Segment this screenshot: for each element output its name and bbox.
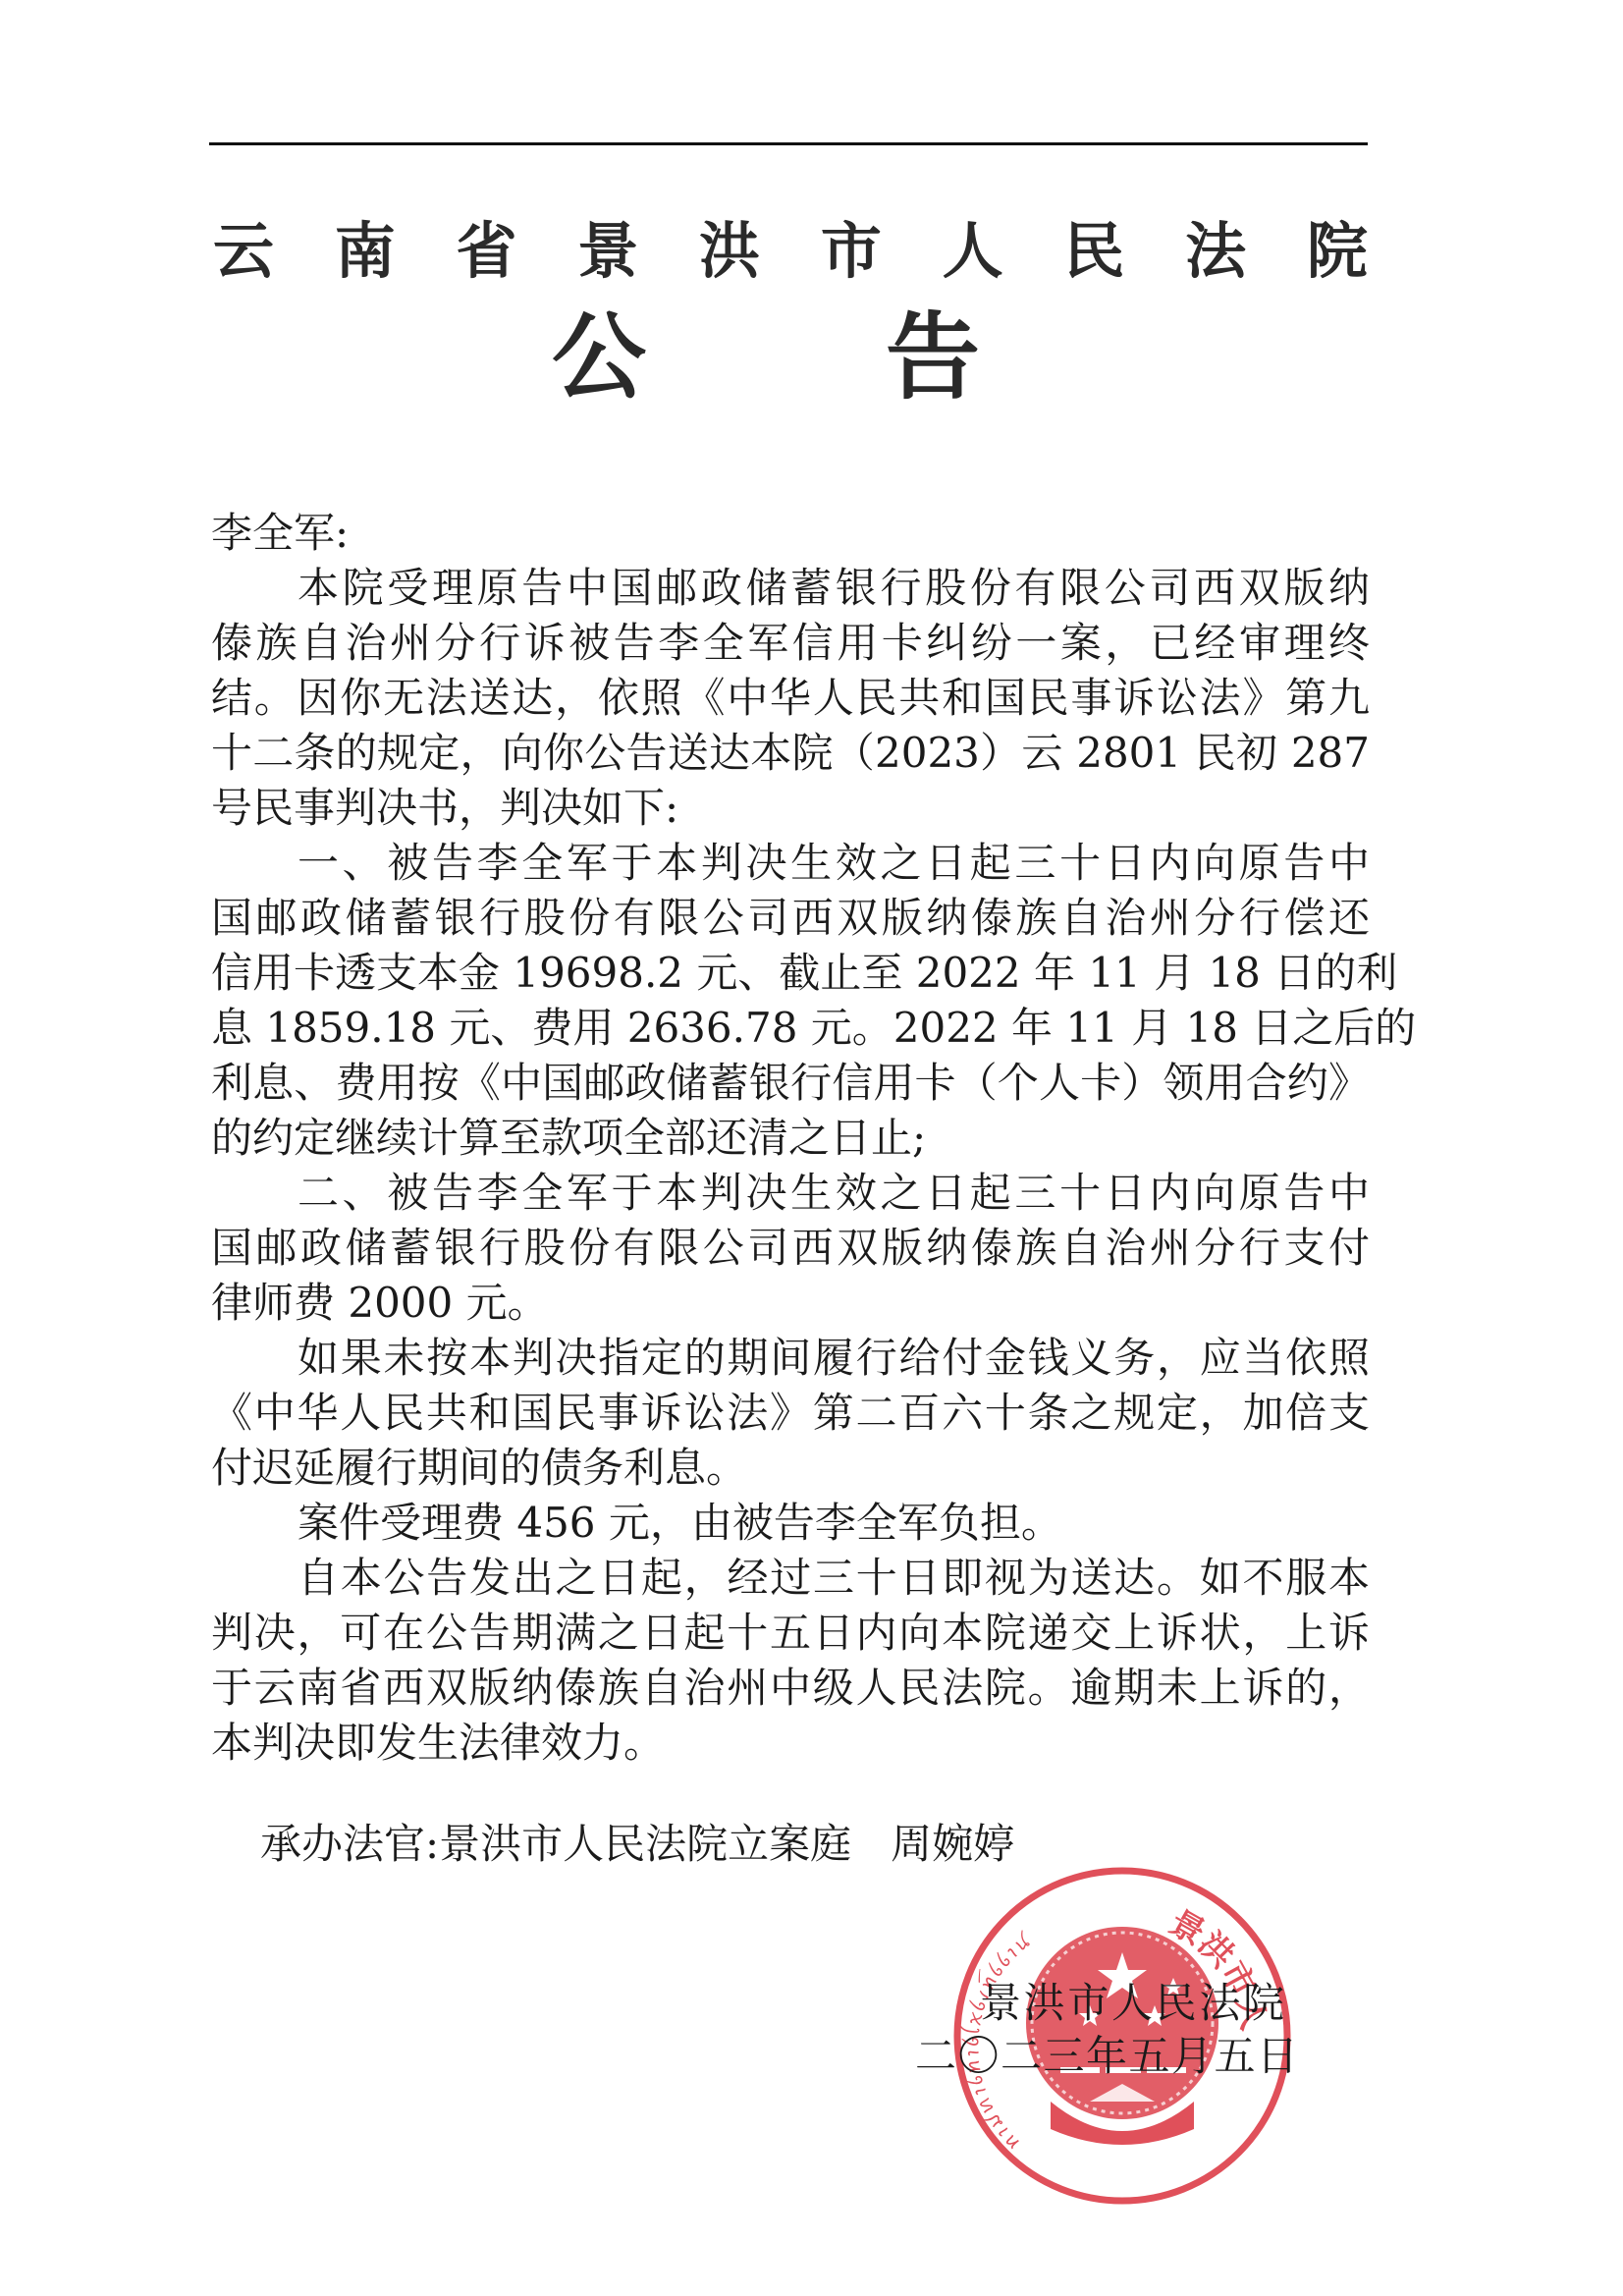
body-line: 国邮政储蓄银行股份有限公司西双版纳傣族自治州分行偿还 [211, 891, 1370, 946]
court-title-char: 民 [1061, 221, 1126, 282]
body-line: 李全军: [211, 506, 1370, 561]
body-line: 本院受理原告中国邮政储蓄银行股份有限公司西双版纳 [211, 561, 1370, 616]
body-line: 自本公告发出之日起，经过三十日即视为送达。如不服本 [211, 1551, 1370, 1606]
body-line: 付迟延履行期间的债务利息。 [211, 1441, 1370, 1496]
body-line: 结。因你无法送达，依照《中华人民共和国民事诉讼法》第九 [211, 671, 1370, 726]
body-line: 十二条的规定，向你公告送达本院（2023）云 2801 民初 287 [211, 726, 1370, 781]
body-line: 《中华人民共和国民事诉讼法》第二百六十条之规定，加倍支 [211, 1386, 1370, 1441]
body-line: 律师费 2000 元。 [211, 1276, 1370, 1331]
notice-title-char: 公 [550, 310, 648, 405]
court-title-char: 洪 [697, 221, 762, 282]
body-line: 的约定继续计算至款项全部还清之日止; [211, 1111, 1370, 1166]
body-line: 一、被告李全军于本判决生效之日起三十日内向原告中 [211, 836, 1370, 891]
court-title-char: 市 [819, 221, 884, 282]
document-page: 云 南 省 景 洪 市 人 民 法 院 公 告 李全军:本院受理原告中国邮政储蓄… [0, 0, 1623, 2296]
judge-name: 周婉婷 [891, 1820, 1014, 1868]
signature-court: 景洪市人民法院 [980, 1976, 1284, 2031]
notice-body: 李全军:本院受理原告中国邮政储蓄银行股份有限公司西双版纳傣族自治州分行诉被告李全… [211, 506, 1370, 1771]
court-title-char: 法 [1183, 221, 1248, 282]
signature-date: 二〇二三年五月五日 [915, 2029, 1298, 2084]
judge-line: 承办法官:景洪市人民法院立案庭周婉婷 [260, 1817, 1014, 1872]
body-line: 信用卡透支本金 19698.2 元、截止至 2022 年 11 月 18 日的利 [211, 946, 1370, 1001]
body-line: 号民事判决书，判决如下: [211, 781, 1370, 836]
notice-title: 公 告 [550, 306, 982, 409]
notice-title-char: 告 [884, 310, 982, 405]
court-title-char: 省 [455, 221, 519, 282]
court-title-char: 景 [575, 221, 640, 282]
body-line: 利息、费用按《中国邮政储蓄银行信用卡（个人卡）领用合约》 [211, 1056, 1370, 1111]
court-title: 云 南 省 景 洪 市 人 民 法 院 [211, 214, 1370, 289]
body-line: 案件受理费 456 元，由被告李全军负担。 [211, 1496, 1370, 1551]
body-line: 本判决即发生法律效力。 [211, 1716, 1370, 1771]
court-title-char: 南 [333, 221, 398, 282]
body-line: 如果未按本判决指定的期间履行给付金钱义务，应当依照 [211, 1331, 1370, 1386]
body-line: 判决，可在公告期满之日起十五日内向本院递交上诉状，上诉 [211, 1606, 1370, 1661]
header-rule [209, 142, 1368, 145]
body-line: 傣族自治州分行诉被告李全军信用卡纠纷一案，已经审理终 [211, 616, 1370, 671]
court-title-char: 院 [1305, 221, 1370, 282]
body-line: 国邮政储蓄银行股份有限公司西双版纳傣族自治州分行支付 [211, 1221, 1370, 1276]
body-line: 于云南省西双版纳傣族自治州中级人民法院。逾期未上诉的， [211, 1661, 1370, 1716]
body-line: 息 1859.18 元、费用 2636.78 元。2022 年 11 月 18 … [211, 1001, 1370, 1056]
body-line: 二、被告李全军于本判决生效之日起三十日内向原告中 [211, 1166, 1370, 1221]
court-title-char: 云 [211, 221, 276, 282]
court-title-char: 人 [941, 221, 1005, 282]
judge-label: 承办法官: [260, 1820, 439, 1868]
judge-department: 景洪市人民法院立案庭 [439, 1820, 851, 1868]
